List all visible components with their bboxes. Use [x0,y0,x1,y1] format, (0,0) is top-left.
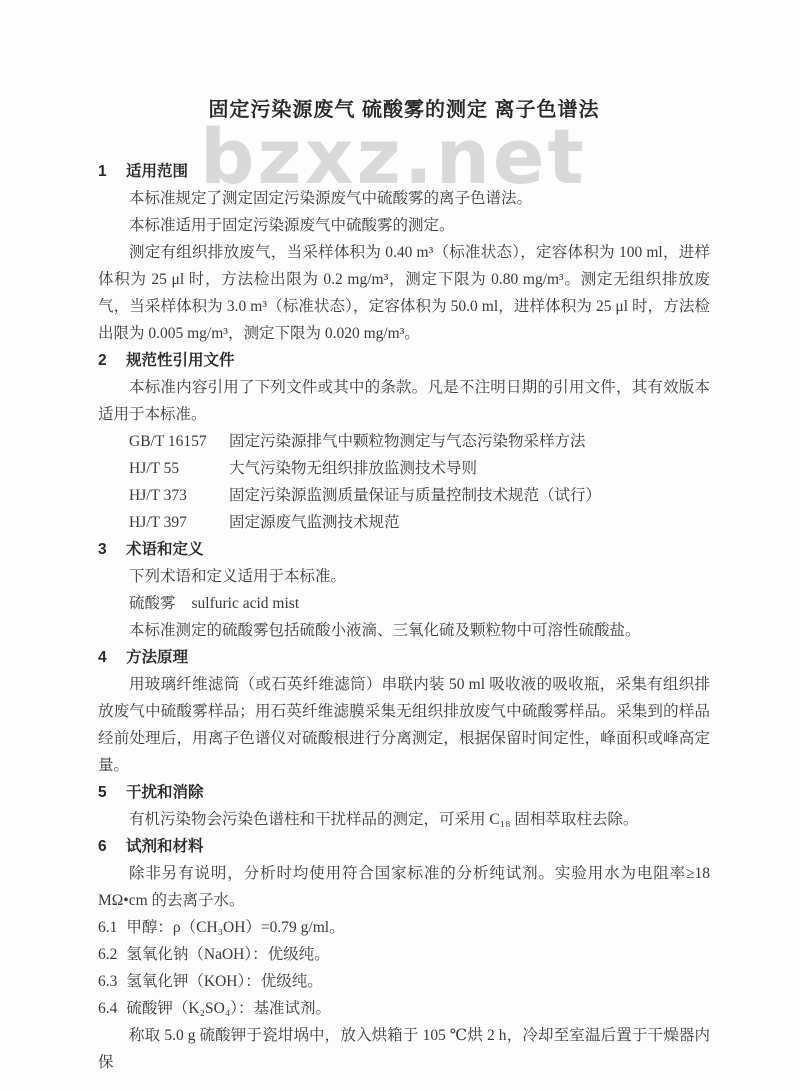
reference-code: GB/T 16157 [129,428,229,455]
reagent-item: 6.3氢氧化钾（KOH）：优级纯。 [98,968,710,995]
document-title: 固定污染源废气 硫酸雾的测定 离子色谱法 [98,96,710,124]
term-definition-row: 硫酸雾sulfuric acid mist [98,590,710,617]
reference-code: HJ/T 373 [129,482,229,509]
section-number: 6 [98,833,126,860]
reagent-item-text: 氢氧化钠（NaOH）：优级纯。 [126,946,329,963]
reference-row: HJ/T 397 固定源废气监测技术规范 [98,509,710,536]
paragraph: 用玻璃纤维滤筒（或石英纤维滤筒）串联内装 50 ml 吸收液的吸收瓶，采集有组织… [98,671,710,779]
section-heading: 3 术语和定义 [98,536,710,563]
section-heading-label: 适用范围 [126,158,188,185]
section-heading: 2 规范性引用文件 [98,347,710,374]
reagent-item: 6.4硫酸钾（K₂SO₄）：基准试剂。 [98,995,710,1022]
section-6-reagents-materials: 6 试剂和材料 除非另有说明，分析时均使用符合国家标准的分析纯试剂。实验用水为电… [98,833,710,1076]
section-heading-label: 试剂和材料 [126,833,204,860]
paragraph: 有机污染物会污染色谱柱和干扰样品的测定，可采用 C₁₈ 固相萃取柱去除。 [98,806,710,833]
reagent-item: 6.2氢氧化钠（NaOH）：优级纯。 [98,941,710,968]
section-heading-label: 干扰和消除 [126,779,204,806]
reference-code: HJ/T 55 [129,455,229,482]
section-heading: 5 干扰和消除 [98,779,710,806]
paragraph: 下列术语和定义适用于本标准。 [98,563,710,590]
reagent-item-text: 硫酸钾（K₂SO₄）：基准试剂。 [126,1000,331,1017]
section-number: 1 [98,158,126,185]
section-heading-label: 方法原理 [126,644,188,671]
paragraph: 本标准规定了测定固定污染源废气中硫酸雾的离子色谱法。 [98,185,710,212]
section-heading: 1 适用范围 [98,158,710,185]
section-number: 5 [98,779,126,806]
reference-title: 大气污染物无组织排放监测技术导则 [229,455,710,482]
section-heading-label: 规范性引用文件 [126,347,235,374]
reagent-item-number: 6.4 [98,1000,117,1017]
section-heading-label: 术语和定义 [126,536,204,563]
reference-title: 固定污染源监测质量保证与质量控制技术规范（试行） [229,482,710,509]
term-chinese: 硫酸雾 [129,595,176,612]
reference-row: HJ/T 373 固定污染源监测质量保证与质量控制技术规范（试行） [98,482,710,509]
section-3-terms-definitions: 3 术语和定义 下列术语和定义适用于本标准。 硫酸雾sulfuric acid … [98,536,710,644]
section-heading: 6 试剂和材料 [98,833,710,860]
reference-title: 固定源废气监测技术规范 [229,509,710,536]
document-content: 固定污染源废气 硫酸雾的测定 离子色谱法 1 适用范围 本标准规定了测定固定污染… [98,96,710,1076]
section-2-normative-references: 2 规范性引用文件 本标准内容引用了下列文件或其中的条款。凡是不注明日期的引用文… [98,347,710,536]
section-4-method-principle: 4 方法原理 用玻璃纤维滤筒（或石英纤维滤筒）串联内装 50 ml 吸收液的吸收… [98,644,710,779]
paragraph: 本标准内容引用了下列文件或其中的条款。凡是不注明日期的引用文件，其有效版本适用于… [98,374,710,428]
reagent-item: 6.1甲醇：ρ（CH₃OH）=0.79 g/ml。 [98,914,710,941]
paragraph: 本标准测定的硫酸雾包括硫酸小液滴、三氧化硫及颗粒物中可溶性硫酸盐。 [98,617,710,644]
reference-row: GB/T 16157 固定污染源排气中颗粒物测定与气态污染物采样方法 [98,428,710,455]
section-5-interference-elimination: 5 干扰和消除 有机污染物会污染色谱柱和干扰样品的测定，可采用 C₁₈ 固相萃取… [98,779,710,833]
reference-row: HJ/T 55 大气污染物无组织排放监测技术导则 [98,455,710,482]
section-heading: 4 方法原理 [98,644,710,671]
reagent-item-number: 6.1 [98,919,117,936]
paragraph: 除非另有说明，分析时均使用符合国家标准的分析纯试剂。实验用水为电阻率≥18 MΩ… [98,860,710,914]
reference-title: 固定污染源排气中颗粒物测定与气态污染物采样方法 [229,428,710,455]
paragraph: 测定有组织排放废气，当采样体积为 0.40 m³（标准状态），定容体积为 100… [98,239,710,347]
paragraph: 称取 5.0 g 硫酸钾于瓷坩埚中，放入烘箱于 105 ℃烘 2 h，冷却至室温… [98,1022,710,1076]
reagent-item-number: 6.2 [98,946,117,963]
section-number: 3 [98,536,126,563]
term-english: sulfuric acid mist [192,595,300,612]
paragraph: 本标准适用于固定污染源废气中硫酸雾的测定。 [98,212,710,239]
document-page: bzxz.net 固定污染源废气 硫酸雾的测定 离子色谱法 1 适用范围 本标准… [0,0,800,1090]
section-number: 2 [98,347,126,374]
reagent-item-text: 甲醇：ρ（CH₃OH）=0.79 g/ml。 [126,919,344,936]
reagent-item-number: 6.3 [98,973,117,990]
reagent-item-text: 氢氧化钾（KOH）：优级纯。 [126,973,322,990]
reference-code: HJ/T 397 [129,509,229,536]
section-1-scope: 1 适用范围 本标准规定了测定固定污染源废气中硫酸雾的离子色谱法。 本标准适用于… [98,158,710,347]
section-number: 4 [98,644,126,671]
